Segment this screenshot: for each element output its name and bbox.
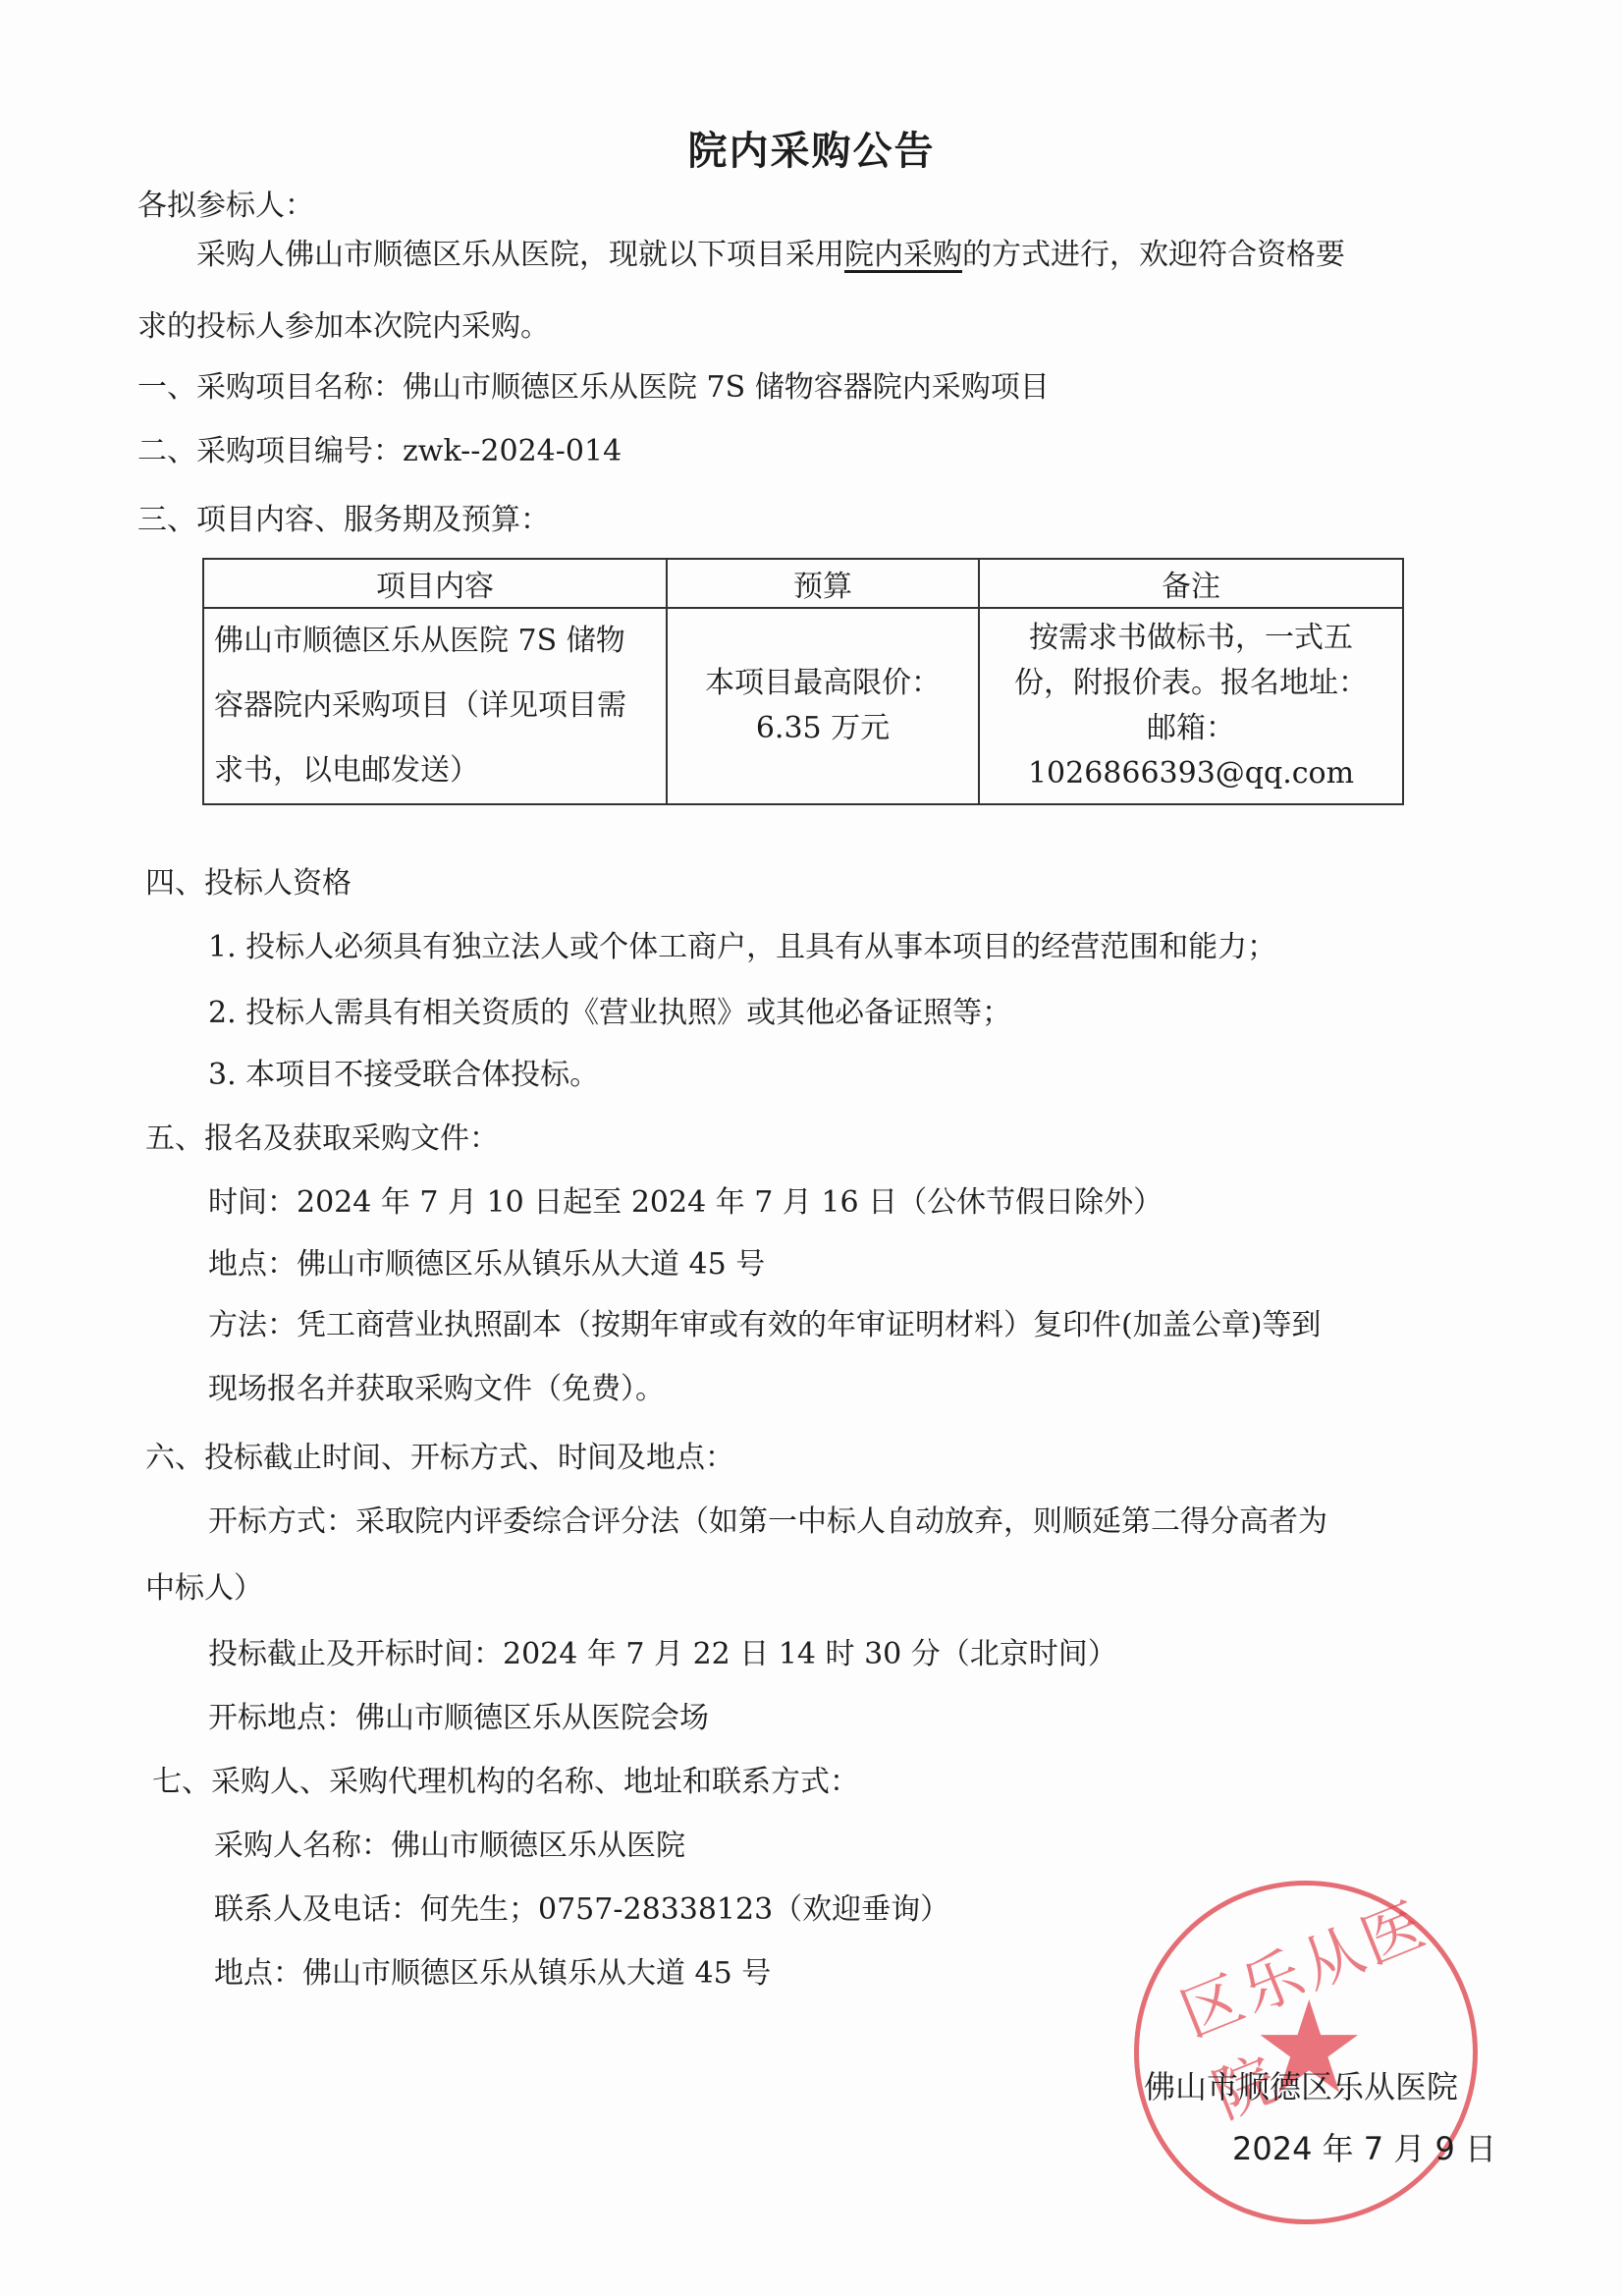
- intro-line-1: 采购人佛山市顺德区乐从医院，现就以下项目采用院内采购的方式进行，欢迎符合资格要: [196, 236, 1345, 275]
- intro-text-post: 的方式进行，欢迎符合资格要: [962, 238, 1345, 272]
- project-name: 一、采购项目名称：佛山市顺德区乐从医院 7S 储物容器院内采购项目: [137, 368, 1050, 408]
- intro-line-2: 求的投标人参加本次院内采购。: [137, 307, 550, 347]
- cell-remark: 按需求书做标书，一式五 份，附报价表。报名地址： 邮箱：1026866393@q…: [979, 608, 1403, 804]
- qualification-item: 1. 投标人必须具有独立法人或个体工商户，且具有从事本项目的经营范围和能力；: [208, 928, 1276, 967]
- contact-heading: 七、采购人、采购代理机构的名称、地址和联系方式：: [152, 1763, 859, 1802]
- registration-method: 方法：凭工商营业执照副本（按期年审或有效的年审证明材料）复印件(加盖公章)等到: [208, 1306, 1321, 1345]
- header-content: 项目内容: [203, 559, 667, 608]
- intro-text-pre: 采购人佛山市顺德区乐从医院，现就以下项目采用: [196, 238, 844, 272]
- qualification-heading: 四、投标人资格: [145, 864, 352, 903]
- remark-line: 份，附报价表。报名地址：: [990, 661, 1392, 706]
- official-seal: 区乐从医院 ★: [1134, 1881, 1478, 2224]
- qualification-item: 3. 本项目不接受联合体投标。: [208, 1056, 599, 1095]
- qualification-item: 2. 投标人需具有相关资质的《营业执照》或其他必备证照等；: [208, 994, 1011, 1033]
- content-line: 求书，以电邮发送）: [214, 738, 656, 803]
- content-line: 容器院内采购项目（详见项目需: [214, 674, 656, 738]
- signature-date: 2024 年 7 月 9 日: [1232, 2124, 1496, 2169]
- bid-opening-heading: 六、投标截止时间、开标方式、时间及地点：: [145, 1439, 734, 1478]
- header-remark: 备注: [979, 559, 1403, 608]
- cell-budget: 本项目最高限价： 6.35 万元: [667, 608, 979, 804]
- bid-opening-method-cont: 中标人）: [145, 1569, 263, 1609]
- salutation: 各拟参标人：: [137, 187, 314, 226]
- header-budget: 预算: [667, 559, 979, 608]
- remark-line: 按需求书做标书，一式五: [990, 616, 1392, 661]
- registration-method-cont: 现场报名并获取采购文件（免费）。: [208, 1370, 665, 1409]
- purchaser-name: 采购人名称：佛山市顺德区乐从医院: [214, 1827, 685, 1866]
- table-header-row: 项目内容 预算 备注: [203, 559, 1403, 608]
- page-title: 院内采购公告: [0, 120, 1623, 176]
- procurement-notice-page: 院内采购公告 各拟参标人： 采购人佛山市顺德区乐从医院，现就以下项目采用院内采购…: [0, 0, 1623, 2296]
- content-line: 佛山市顺德区乐从医院 7S 储物: [214, 609, 656, 674]
- bid-deadline: 投标截止及开标时间：2024 年 7 月 22 日 14 时 30 分（北京时间…: [208, 1635, 1117, 1674]
- bid-opening-place: 开标地点：佛山市顺德区乐从医院会场: [208, 1699, 709, 1738]
- registration-place: 地点：佛山市顺德区乐从镇乐从大道 45 号: [208, 1245, 765, 1285]
- bid-opening-method: 开标方式：采取院内评委综合评分法（如第一中标人自动放弃，则顺延第二得分高者为: [208, 1503, 1327, 1542]
- registration-time: 时间：2024 年 7 月 10 日起至 2024 年 7 月 16 日（公休节…: [208, 1183, 1163, 1223]
- procurement-method-underlined: 院内采购: [844, 238, 962, 272]
- project-content-heading: 三、项目内容、服务期及预算：: [137, 501, 550, 540]
- budget-amount: 6.35 万元: [677, 706, 968, 751]
- signature-org: 佛山市顺德区乐从医院: [1144, 2062, 1458, 2107]
- contact-place: 地点：佛山市顺德区乐从镇乐从大道 45 号: [214, 1954, 771, 1994]
- remark-email: 邮箱：1026866393@qq.com: [990, 706, 1392, 796]
- table-row: 佛山市顺德区乐从医院 7S 储物 容器院内采购项目（详见项目需 求书，以电邮发送…: [203, 608, 1403, 804]
- project-number: 二、采购项目编号：zwk--2024-014: [137, 432, 622, 471]
- registration-heading: 五、报名及获取采购文件：: [145, 1120, 499, 1159]
- cell-content: 佛山市顺德区乐从医院 7S 储物 容器院内采购项目（详见项目需 求书，以电邮发送…: [203, 608, 667, 804]
- budget-line: 本项目最高限价：: [677, 661, 968, 706]
- contact-phone: 联系人及电话：何先生；0757-28338123（欢迎垂询）: [214, 1890, 949, 1930]
- budget-table: 项目内容 预算 备注 佛山市顺德区乐从医院 7S 储物 容器院内采购项目（详见项…: [202, 558, 1404, 805]
